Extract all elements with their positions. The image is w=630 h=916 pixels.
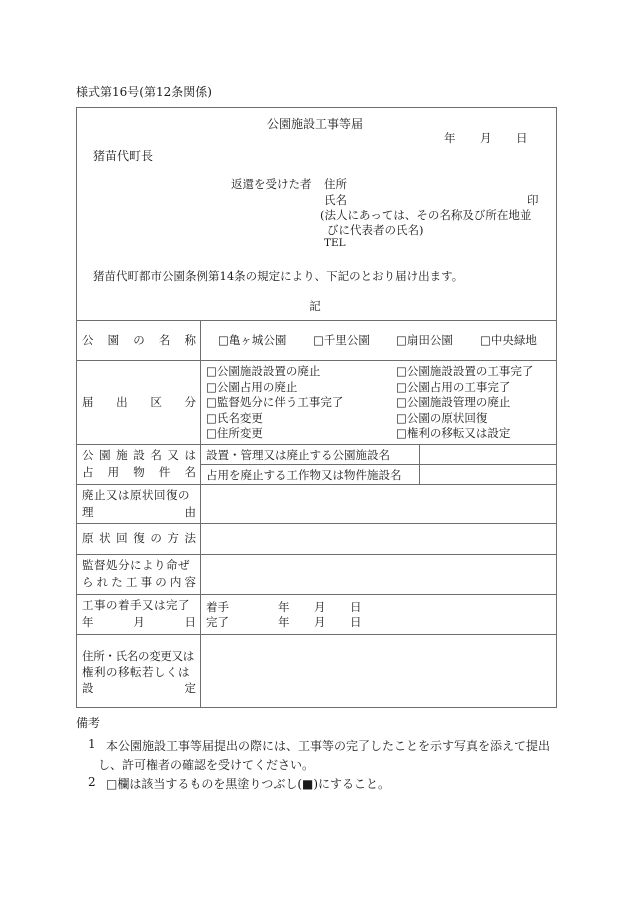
work-end-year: 年 <box>278 614 290 630</box>
facility-sub-label-install: 設置・管理又は廃止する公園施設名 <box>206 447 390 463</box>
change-transfer-label: 住所・氏名の変更又は 権利の移転若しくは 設 定 <box>82 649 196 696</box>
checkbox-address-change[interactable]: □住所変更 <box>206 426 263 442</box>
facility-sub-label-occupancy: 占用を廃止する工作物又は物件施設名 <box>206 467 402 483</box>
checkbox-rights-transfer[interactable]: □権利の移転又は設定 <box>396 426 510 442</box>
date-month-label: 月 <box>480 130 492 146</box>
reason-label: 廃止又は原状回復の 理 由 <box>82 488 196 520</box>
note-number: 1 <box>88 737 96 751</box>
checkbox-occupancy-removal[interactable]: □公園占用の廃止 <box>206 380 297 396</box>
work-start-day: 日 <box>350 599 362 615</box>
ordered-work-label: 監督処分により命ぜ ら れ た 工 事 の 内 容 <box>82 558 196 590</box>
addressee: 猪苗代町長 <box>93 147 153 164</box>
checkbox-senri-park[interactable]: □千里公園 <box>313 333 370 349</box>
reason-field[interactable] <box>201 485 556 523</box>
ki-heading: 記 <box>0 298 630 314</box>
ordered-work-field[interactable] <box>201 555 556 594</box>
statement: 猪苗代町都市公園条例第14条の規定により、下記のとおり届け出ます。 <box>93 268 463 284</box>
tel-field[interactable]: TEL <box>324 237 346 249</box>
checkbox-kamegajo-park[interactable]: □亀ヶ城公園 <box>218 333 286 349</box>
form-number: 様式第16号(第12条関係) <box>76 83 212 100</box>
table-top-line <box>76 320 557 321</box>
row-divider <box>76 360 557 361</box>
work-start-month: 月 <box>314 599 326 615</box>
corporate-note: (法人にあっては、その名称及び所在地並 <box>320 207 531 223</box>
checkbox-facility-removal[interactable]: □公園施設設置の廃止 <box>206 364 320 380</box>
notification-type-label: 届 出 区 分 <box>82 395 196 410</box>
restoration-method-label: 原 状 回 復 の 方 法 <box>82 531 196 546</box>
row-divider <box>76 594 557 595</box>
checkbox-park-restoration[interactable]: □公園の原状回復 <box>396 411 487 427</box>
facility-name-label: 公 園 施 設 名 又 は 占 用 物 件 名 <box>82 448 196 480</box>
checkbox-facility-management-removal[interactable]: □公園施設管理の廃止 <box>396 395 510 411</box>
checkbox-ogita-park[interactable]: □扇田公園 <box>396 333 453 349</box>
park-name-label: 公 園 の 名 称 <box>82 333 196 348</box>
note-text: □欄は該当するものを黒塗りつぶし(■)にすること。 <box>106 775 390 792</box>
notes-title: 備考 <box>76 714 100 731</box>
work-end-month: 月 <box>314 614 326 630</box>
date-day-label: 日 <box>516 130 528 146</box>
note-number: 2 <box>88 775 96 789</box>
change-transfer-field[interactable] <box>201 635 556 707</box>
work-start-year: 年 <box>278 599 290 615</box>
checkbox-chuo-ryokuchi[interactable]: □中央緑地 <box>480 333 537 349</box>
work-end-label: 完了 <box>206 614 229 630</box>
seal-mark: 印 <box>527 192 539 208</box>
form-title: 公園施設工事等届 <box>0 115 630 132</box>
work-start-label: 着手 <box>206 599 229 615</box>
corporate-note-cont: びに代表者の氏名) <box>327 222 424 238</box>
name-field[interactable]: 氏名 <box>324 192 347 208</box>
checkbox-supervision-work-complete[interactable]: □監督処分に伴う工事完了 <box>206 395 343 411</box>
address-field[interactable]: 住所 <box>324 176 347 192</box>
note-text-cont: し、許可権者の確認を受けてください。 <box>98 756 314 773</box>
applicant-label: 返還を受けた者 <box>231 176 312 192</box>
work-end-day: 日 <box>350 614 362 630</box>
facility-install-name-field[interactable] <box>420 445 556 464</box>
checkbox-name-change[interactable]: □氏名変更 <box>206 411 263 427</box>
date-year-label: 年 <box>444 130 456 146</box>
checkbox-facility-work-complete[interactable]: □公園施設設置の工事完了 <box>396 364 533 380</box>
note-text: 本公園施設工事等届提出の際には、工事等の完了したことを示す写真を添えて提出 <box>106 737 550 754</box>
restoration-method-field[interactable] <box>201 524 556 554</box>
occupancy-object-name-field[interactable] <box>420 465 556 484</box>
work-dates-label: 工事の着手又は完了 年 月 日 <box>82 598 196 630</box>
checkbox-occupancy-work-complete[interactable]: □公園占用の工事完了 <box>396 380 510 396</box>
